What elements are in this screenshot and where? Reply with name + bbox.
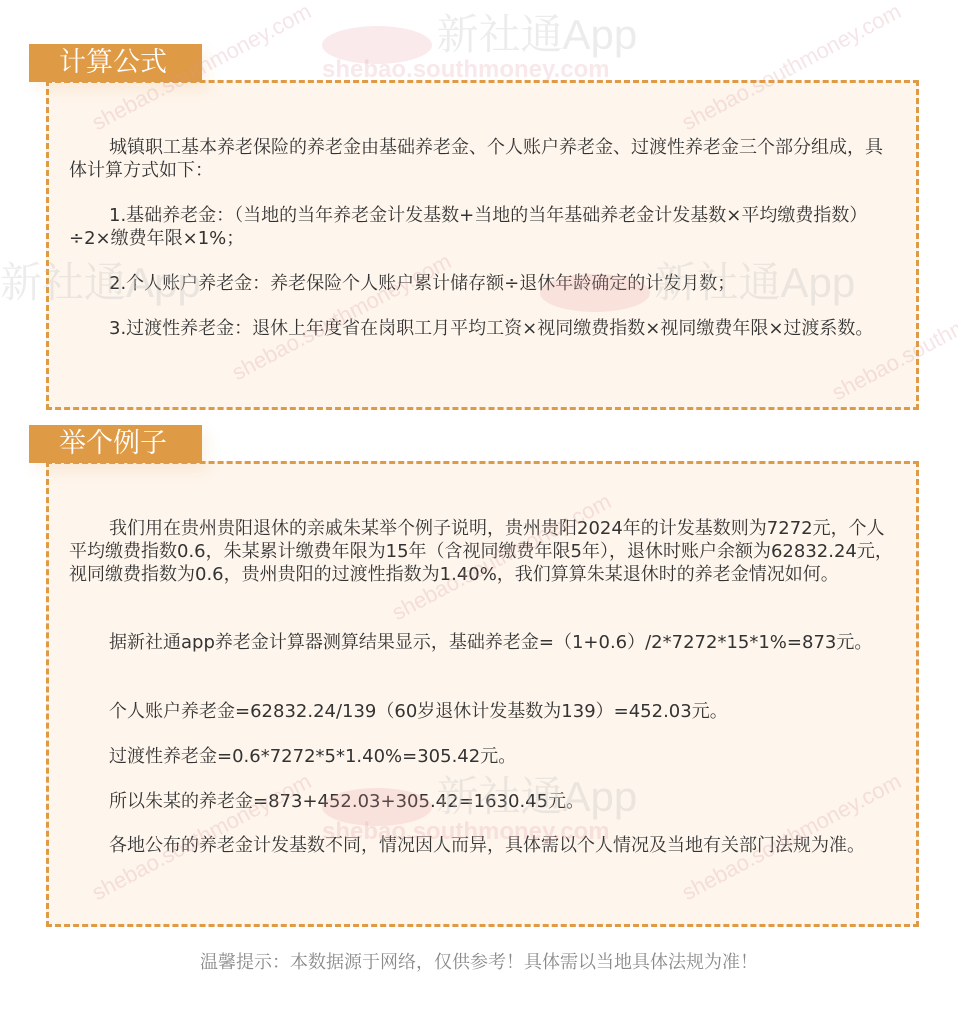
watermark-logo-icon: [322, 26, 432, 64]
footer-tip: 温馨提示：本数据源于网络，仅供参考！具体需以当地具体法规为准！: [0, 950, 958, 976]
formula-box: 城镇职工基本养老保险的养老金由基础养老金、个人账户养老金、过渡性养老金三个部分组…: [46, 80, 919, 410]
example-intro: 我们用在贵州贵阳退休的亲戚朱某举个例子说明，贵州贵阳2024年的计发基数则为72…: [69, 517, 898, 586]
formula-intro: 城镇职工基本养老保险的养老金由基础养老金、个人账户养老金、过渡性养老金三个部分组…: [69, 136, 898, 182]
formula-personal-account: 2.个人账户养老金：养老保险个人账户累计储存额÷退休年龄确定的计发月数；: [69, 272, 898, 295]
example-total-result: 所以朱某的养老金=873+452.03+305.42=1630.45元。: [69, 790, 898, 813]
section-title-formula: 计算公式: [29, 44, 202, 82]
watermark-brand: 新社通App: [436, 11, 637, 58]
example-basic-result: 据新社通app养老金计算器测算结果显示，基础养老金=（1+0.6）/2*7272…: [69, 631, 898, 654]
formula-transitional: 3.过渡性养老金：退休上年度省在岗职工月平均工资×视同缴费指数×视同缴费年限×过…: [69, 317, 898, 340]
example-personal-result: 个人账户养老金=62832.24/139（60岁退休计发基数为139）=452.…: [69, 700, 898, 723]
example-disclaimer: 各地公布的养老金计发基数不同，情况因人而异，具体需以个人情况及当地有关部门法规为…: [69, 834, 898, 857]
example-transitional-result: 过渡性养老金=0.6*7272*5*1.40%=305.42元。: [69, 745, 898, 768]
section-title-example: 举个例子: [29, 425, 202, 463]
watermark-logo: 新社通App: [322, 14, 637, 64]
formula-basic-pension: 1.基础养老金：（当地的当年养老金计发基数+当地的当年基础养老金计发基数×平均缴…: [69, 204, 898, 250]
example-box: 我们用在贵州贵阳退休的亲戚朱某举个例子说明，贵州贵阳2024年的计发基数则为72…: [46, 461, 919, 927]
